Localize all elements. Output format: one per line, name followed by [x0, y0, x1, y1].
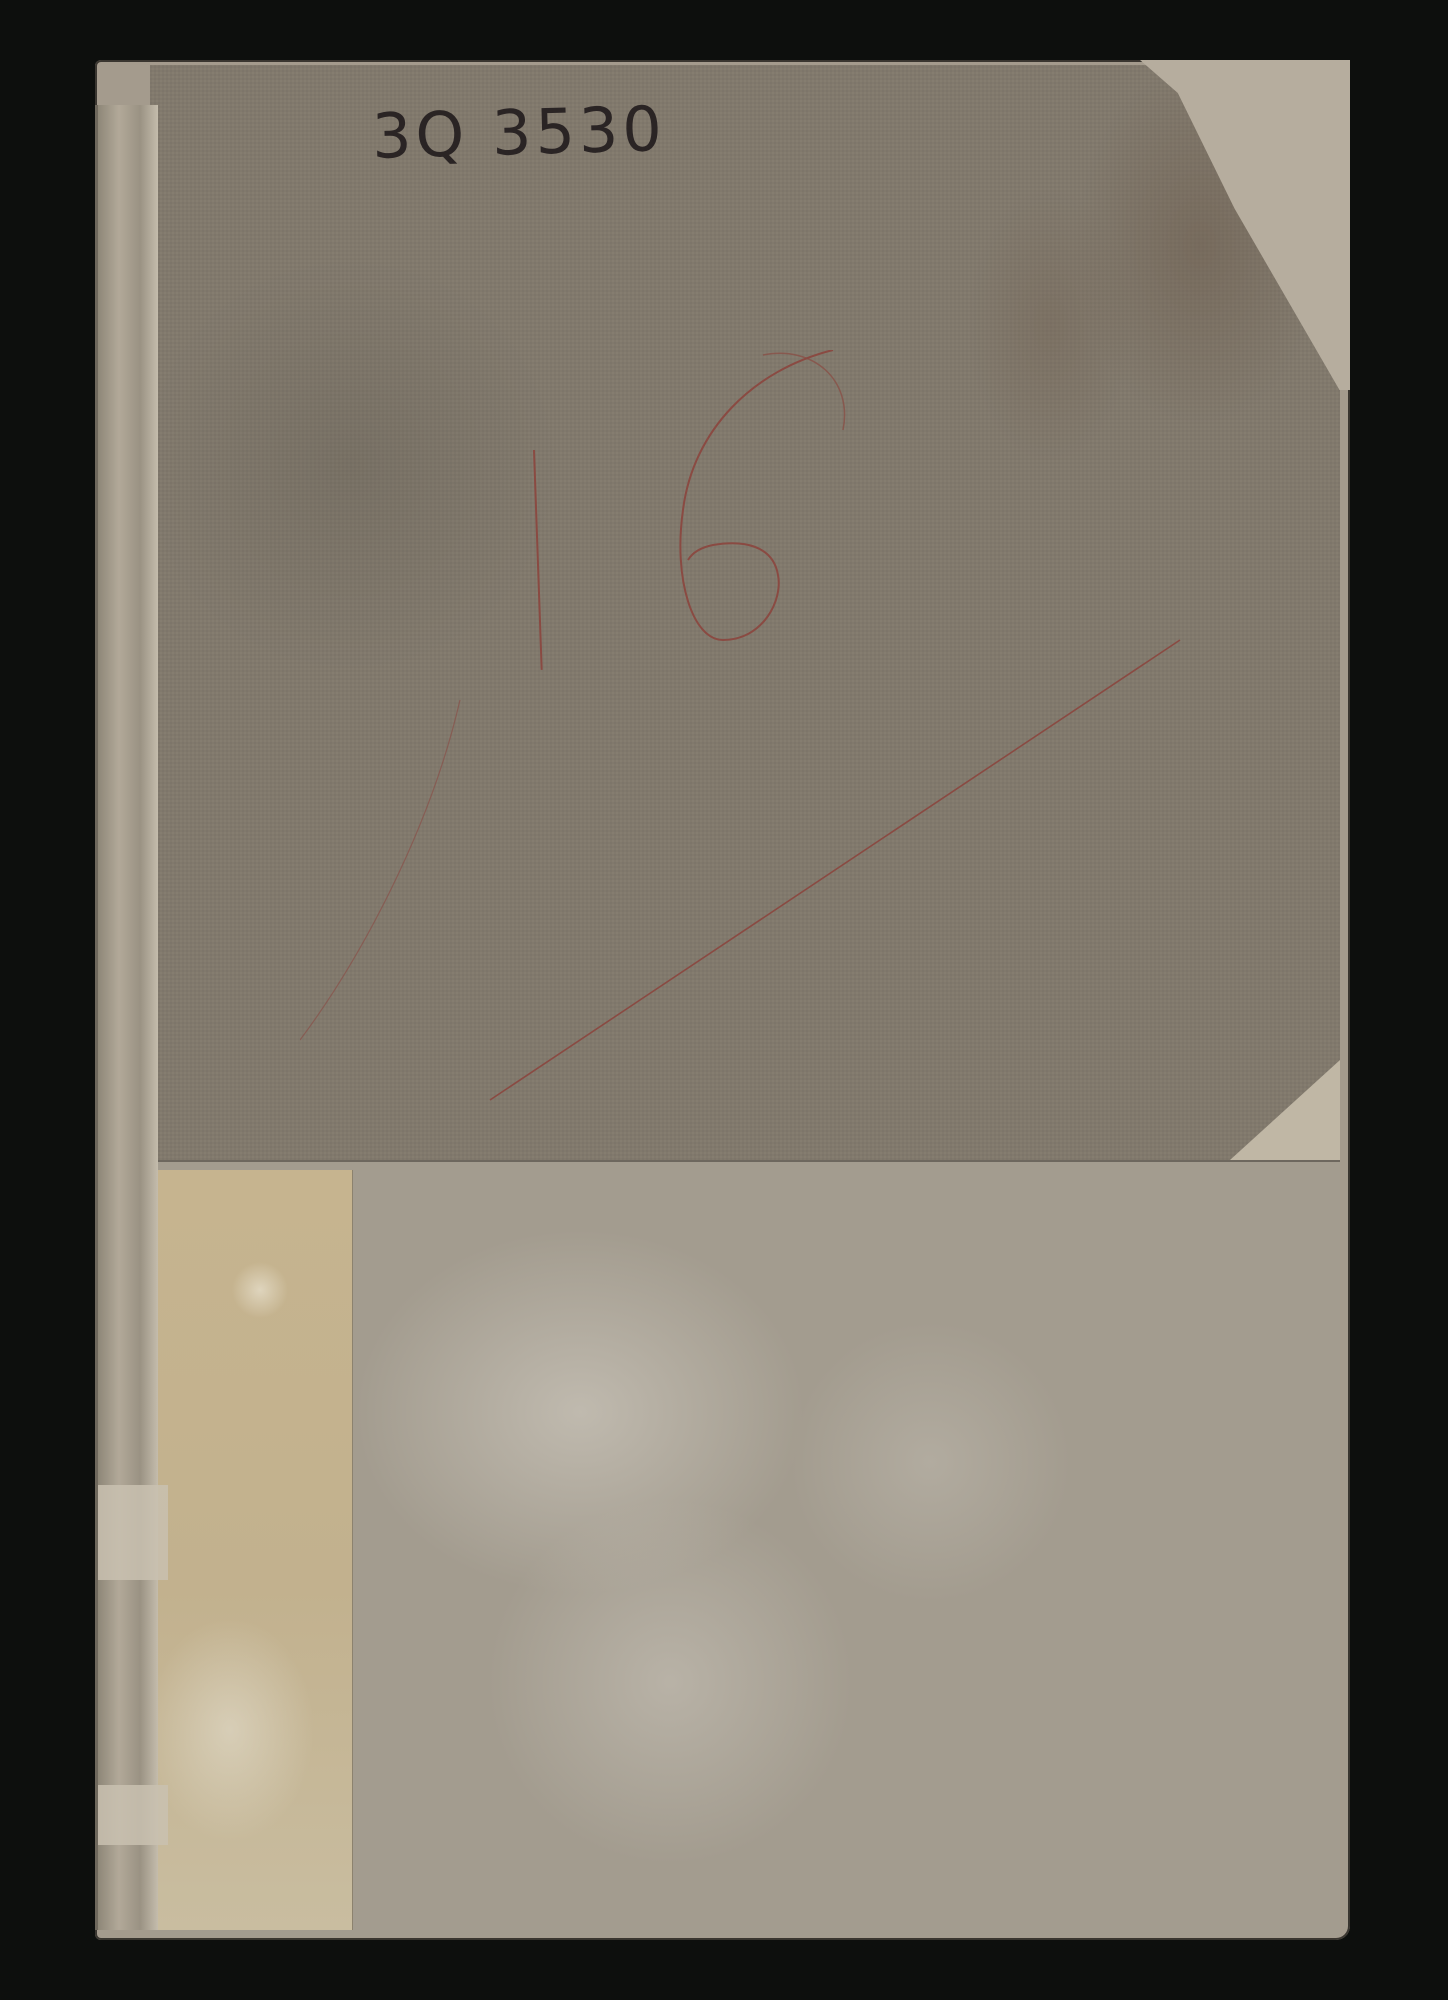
spine-tape-band [98, 1785, 168, 1845]
pencil-diagonal-strokes [300, 500, 1300, 1120]
paper-label-strip [150, 1170, 353, 1930]
catalog-number: 3Q 3530 [371, 92, 667, 173]
spine [95, 105, 158, 1930]
spine-tape-band [98, 1485, 168, 1580]
